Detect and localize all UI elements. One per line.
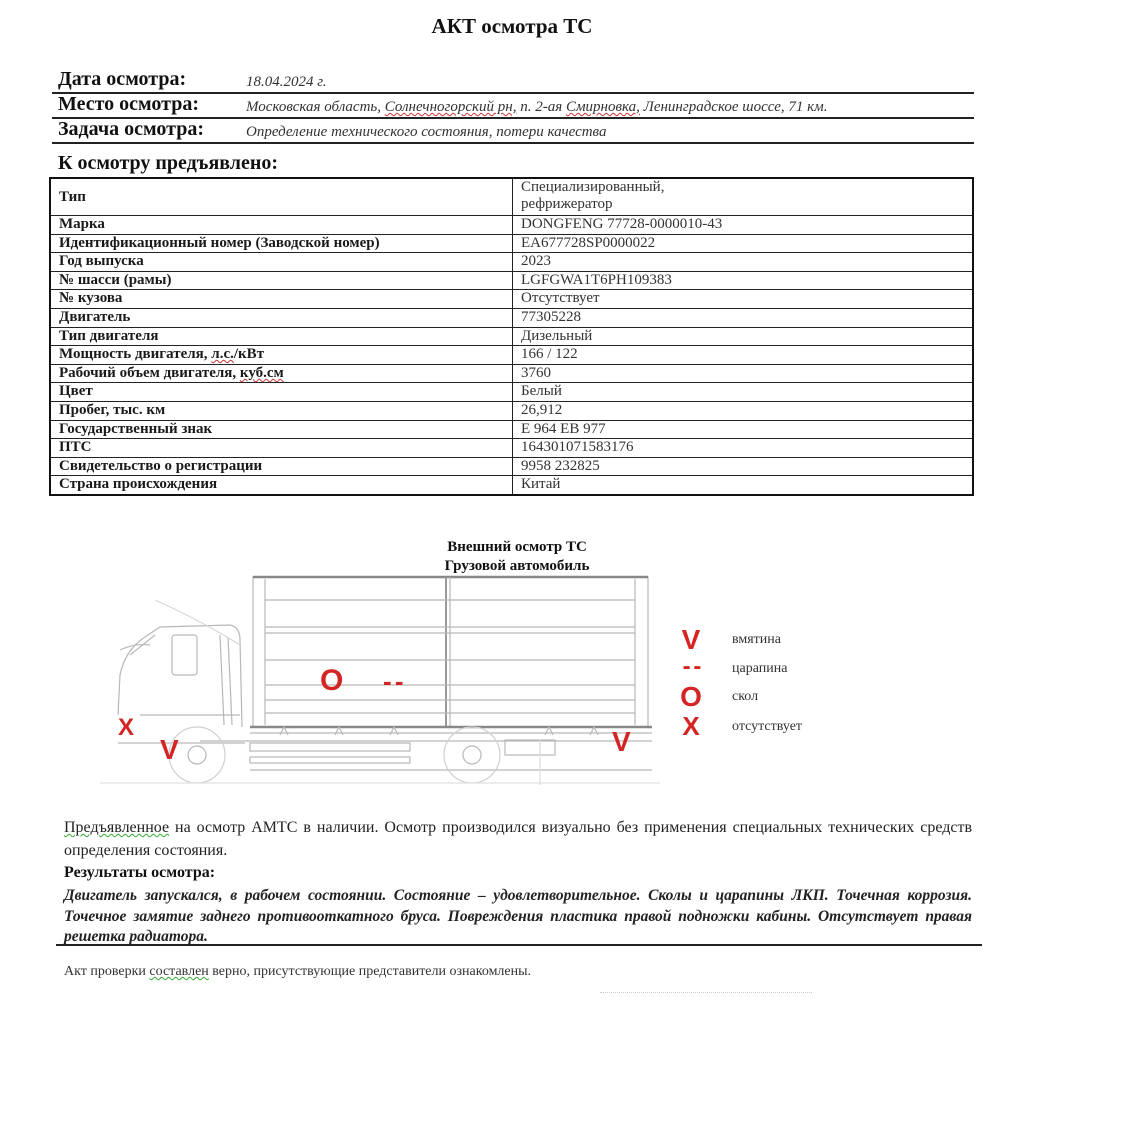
- spec-label: Тип: [50, 178, 513, 216]
- spec-value: Е 964 ЕВ 977: [513, 420, 974, 439]
- table-row: ЦветБелый: [50, 383, 973, 402]
- table-row: Государственный знакЕ 964 ЕВ 977: [50, 420, 973, 439]
- table-row: Тип двигателяДизельный: [50, 327, 973, 346]
- text-part: составлен: [149, 964, 208, 979]
- missing-mark-front: X: [118, 716, 134, 740]
- spec-value: DONGFENG 77728-0000010-43: [513, 216, 974, 235]
- text-part: верно, присутствующие представители озна…: [209, 964, 531, 979]
- table-row: № кузоваОтсутствует: [50, 290, 973, 309]
- spec-value: EA677728SP0000022: [513, 234, 974, 253]
- spec-value: Специализированный,рефрижератор: [513, 178, 974, 216]
- table-row: Свидетельство о регистрации9958 232825: [50, 457, 973, 476]
- meta-value-place: Московская область, Солнечногорский рн, …: [246, 99, 828, 116]
- table-row: Мощность двигателя, л.с./кВт166 / 122: [50, 346, 973, 365]
- scratch-mark-on-box: - -: [383, 668, 402, 694]
- spec-value: 26,912: [513, 401, 974, 420]
- text-part: Солнечногорский рн,: [385, 99, 517, 115]
- chip-symbol-icon: O: [676, 681, 706, 713]
- spec-value: LGFGWA1T6PH109383: [513, 271, 974, 290]
- table-row: ПТС164301071583176: [50, 439, 973, 458]
- spec-value: 77305228: [513, 308, 974, 327]
- spec-label: ПТС: [50, 439, 513, 458]
- spec-value: Китай: [513, 476, 974, 495]
- table-row: Год выпуска2023: [50, 253, 973, 272]
- diagram-title-line1: Внешний осмотр ТС: [380, 538, 654, 557]
- closing-statement: Акт проверки составлен верно, присутству…: [64, 964, 531, 980]
- spec-label: Год выпуска: [50, 253, 513, 272]
- legend-item-chip: O скол: [676, 681, 876, 709]
- dent-mark-front: V: [160, 736, 179, 764]
- table-row: Пробег, тыс. км26,912: [50, 401, 973, 420]
- spec-label: Цвет: [50, 383, 513, 402]
- text-part: Акт проверки: [64, 964, 149, 979]
- spec-label: Страна происхождения: [50, 476, 513, 495]
- table-row: Идентификационный номер (Заводской номер…: [50, 234, 973, 253]
- spec-label: Государственный знак: [50, 420, 513, 439]
- legend-text: скол: [732, 689, 758, 705]
- table-row: № шасси (рамы)LGFGWA1T6PH109383: [50, 271, 973, 290]
- text-part: /кВт: [234, 346, 264, 362]
- dent-mark-rear: V: [612, 728, 631, 756]
- spec-label: № кузова: [50, 290, 513, 309]
- divider: [56, 944, 982, 946]
- text-line: рефрижератор: [521, 196, 964, 213]
- text-part: Мощность двигателя,: [59, 346, 211, 362]
- spec-value: 3760: [513, 364, 974, 383]
- spec-value: 9958 232825: [513, 457, 974, 476]
- legend-item-scratch: - - царапина: [676, 653, 876, 681]
- presented-heading: К осмотру предъявлено:: [58, 152, 278, 175]
- text-part: Предъявленное: [64, 819, 169, 836]
- meta-value-date: 18.04.2024 г.: [246, 74, 327, 91]
- spec-label: Мощность двигателя, л.с./кВт: [50, 346, 513, 365]
- spec-label: Рабочий объем двигателя, куб.см: [50, 364, 513, 383]
- meta-label: Дата осмотра:: [58, 68, 186, 91]
- spec-value: Отсутствует: [513, 290, 974, 309]
- spec-label: Свидетельство о регистрации: [50, 457, 513, 476]
- intro-paragraph: Предъявленное на осмотр АМТС в наличии. …: [64, 816, 972, 862]
- text-part: на осмотр АМТС в наличии. Осмотр произво…: [64, 819, 972, 859]
- table-row: Страна происхожденияКитай: [50, 476, 973, 495]
- legend-text: отсутствует: [732, 719, 802, 735]
- meta-row-date: Дата осмотра: 18.04.2024 г.: [52, 67, 974, 94]
- vehicle-spec-table: ТипСпециализированный,рефрижераторМаркаD…: [49, 177, 974, 496]
- signature-line: [600, 992, 812, 993]
- spec-label: Идентификационный номер (Заводской номер…: [50, 234, 513, 253]
- text-part: л.с.: [211, 346, 234, 362]
- legend-item-dent: V вмятина: [676, 624, 876, 652]
- spec-value: 2023: [513, 253, 974, 272]
- legend-text: вмятина: [732, 632, 781, 648]
- table-row: Рабочий объем двигателя, куб.см3760: [50, 364, 973, 383]
- dent-symbol-icon: V: [676, 624, 706, 656]
- spec-value: Белый: [513, 383, 974, 402]
- table-row: МаркаDONGFENG 77728-0000010-43: [50, 216, 973, 235]
- spec-label: Марка: [50, 216, 513, 235]
- spec-label: Двигатель: [50, 308, 513, 327]
- results-heading: Результаты осмотра:: [64, 864, 215, 882]
- legend-text: царапина: [732, 661, 787, 677]
- spec-label: № шасси (рамы): [50, 271, 513, 290]
- text-part: Ленинградское шоссе, 71 км.: [640, 99, 828, 115]
- spec-value: 166 / 122: [513, 346, 974, 365]
- document-title: АКТ осмотра ТС: [0, 14, 1024, 39]
- legend-item-missing: X отсутствует: [676, 711, 876, 739]
- meta-label: Задача осмотра:: [58, 118, 204, 141]
- table-row: Двигатель77305228: [50, 308, 973, 327]
- spec-label: Тип двигателя: [50, 327, 513, 346]
- text-part: куб.см: [240, 365, 284, 381]
- table-row: ТипСпециализированный,рефрижератор: [50, 178, 973, 216]
- results-text: Двигатель запускался, в рабочем состояни…: [64, 886, 972, 948]
- chip-mark-on-box: O: [320, 666, 343, 696]
- meta-label: Место осмотра:: [58, 93, 199, 116]
- scratch-symbol-icon: - -: [676, 653, 706, 681]
- spec-value: 164301071583176: [513, 439, 974, 458]
- text-part: Рабочий объем двигателя,: [59, 365, 240, 381]
- meta-row-task: Задача осмотра: Определение технического…: [52, 117, 974, 144]
- text-part: Смирновка,: [566, 99, 640, 115]
- spec-value: Дизельный: [513, 327, 974, 346]
- missing-symbol-icon: X: [676, 711, 706, 742]
- text-part: п. 2-ая: [517, 99, 566, 115]
- text-line: Специализированный,: [521, 179, 964, 196]
- text-part: Московская область,: [246, 99, 385, 115]
- meta-value-task: Определение технического состояния, поте…: [246, 124, 606, 141]
- spec-label: Пробег, тыс. км: [50, 401, 513, 420]
- meta-row-place: Место осмотра: Московская область, Солне…: [52, 92, 974, 119]
